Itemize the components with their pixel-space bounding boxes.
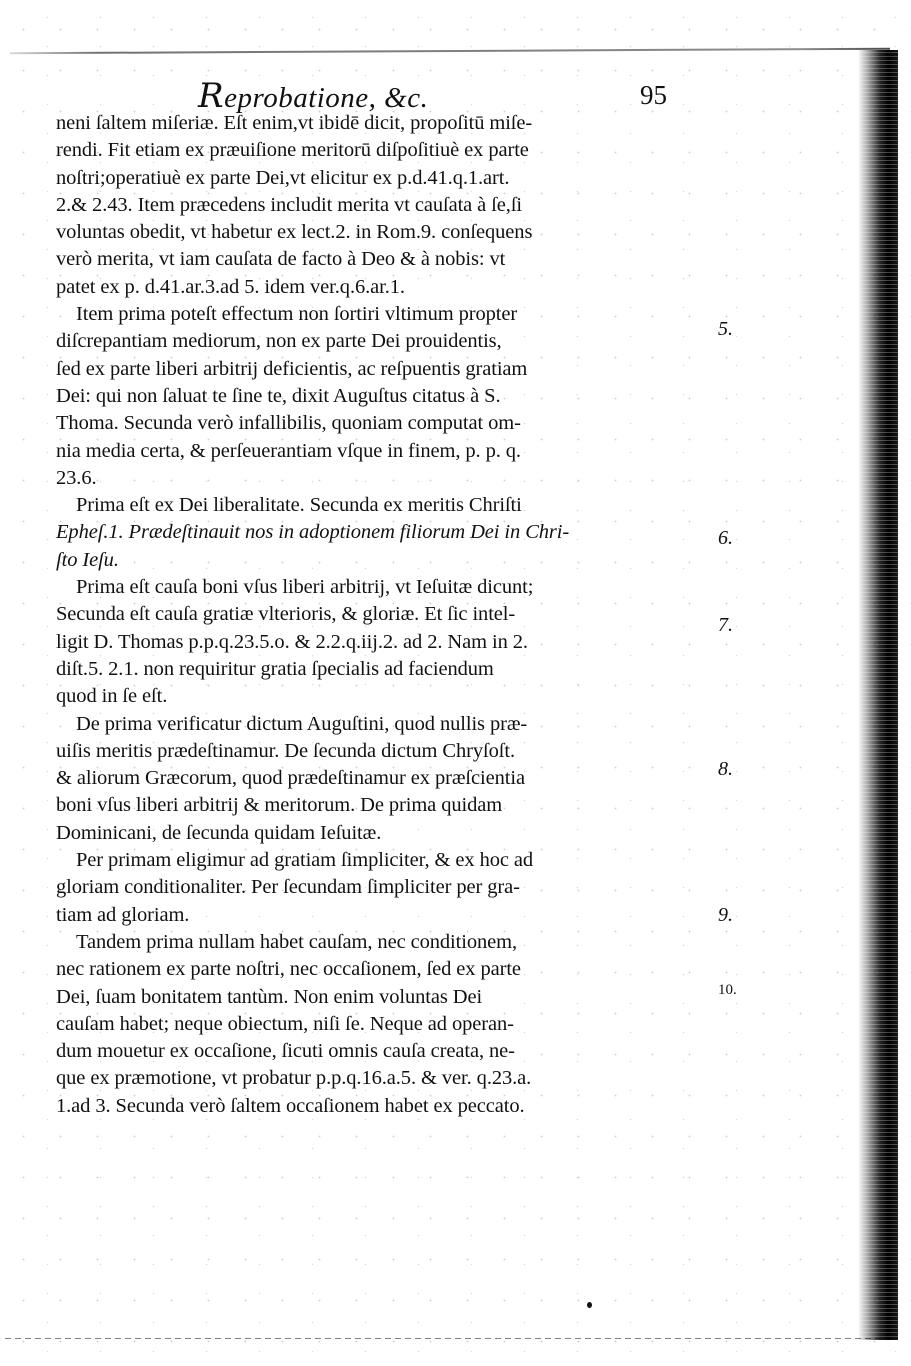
page-bottom-edge — [5, 1338, 885, 1339]
text-line: Prima eſt cauſa boni vſus liberi arbitri… — [56, 574, 716, 601]
text-line: Secunda eſt cauſa gratiæ vlterioris, & g… — [56, 601, 716, 628]
margin-number-5: 5. — [718, 318, 733, 341]
paragraph-8: De prima verificatur dictum Auguſtini, q… — [56, 711, 716, 847]
text-line: quod in ſe eſt. — [56, 683, 716, 710]
book-page: Reprobatione, &c. 95 neni ſaltem miſeriæ… — [0, 0, 911, 1366]
text-line: Dei, ſuam bonitatem tantùm. Non enim vol… — [56, 984, 716, 1011]
text-line: 23.6. — [56, 465, 716, 492]
margin-number-7: 7. — [718, 614, 733, 637]
text-line: que ex præmotione, vt probatur p.p.q.16.… — [56, 1065, 716, 1092]
text-line: tiam ad gloriam. — [56, 902, 716, 929]
body-text: neni ſaltem miſeriæ. Eſt enim,vt ibidē d… — [56, 110, 716, 1120]
text-line: neni ſaltem miſeriæ. Eſt enim,vt ibidē d… — [56, 110, 716, 137]
text-line: ligit D. Thomas p.p.q.23.5.o. & 2.2.q.ii… — [56, 629, 716, 656]
margin-number-9: 9. — [718, 904, 733, 927]
page-top-edge — [10, 48, 890, 55]
margin-number-10: 10. — [718, 982, 737, 999]
text-line: rendi. Fit etiam ex præuiſione meritorū … — [56, 137, 716, 164]
text-line: Dominicani, de ſecunda quidam Ieſuitæ. — [56, 820, 716, 847]
text-line: patet ex p. d.41.ar.3.ad 5. idem ver.q.6… — [56, 274, 716, 301]
paragraph-9: Per primam eligimur ad gratiam ſimplicit… — [56, 847, 716, 929]
text-line: ſto Ieſu. — [56, 547, 716, 574]
binding-shadow — [858, 50, 898, 1340]
text-line: gloriam conditionaliter. Per ſecundam ſi… — [56, 874, 716, 901]
text-line: Dei: qui non ſaluat te ſine te, dixit Au… — [56, 383, 716, 410]
text-line: 1.ad 3. Secunda verò ſaltem occaſionem h… — [56, 1093, 716, 1120]
page-number: 95 — [640, 80, 667, 111]
text-line: dum mouetur ex occaſione, ſicuti omnis c… — [56, 1038, 716, 1065]
margin-number-8: 8. — [718, 758, 733, 781]
text-line: Epheſ.1. Prædeſtinauit nos in adoptionem… — [56, 519, 716, 546]
text-line: cauſam habet; neque obiectum, niſi ſe. N… — [56, 1011, 716, 1038]
text-line: De prima verificatur dictum Auguſtini, q… — [56, 711, 716, 738]
text-line: Tandem prima nullam habet cauſam, nec co… — [56, 929, 716, 956]
text-line: diſt.5. 2.1. non requiritur gratia ſpeci… — [56, 656, 716, 683]
text-line: noſtri;operatiuè ex parte Dei,vt elicitu… — [56, 165, 716, 192]
text-line: Prima eſt ex Dei liberalitate. Secunda e… — [56, 492, 716, 519]
text-line: Thoma. Secunda verò infallibilis, quonia… — [56, 410, 716, 437]
text-line: Per primam eligimur ad gratiam ſimplicit… — [56, 847, 716, 874]
text-line: nia media certa, & perſeuerantiam vſque … — [56, 438, 716, 465]
text-line: uiſis meritis prædeſtinamur. De ſecunda … — [56, 738, 716, 765]
text-line: boni vſus liberi arbitrij & meritorum. D… — [56, 792, 716, 819]
text-line: verò merita, vt iam cauſata de facto à D… — [56, 246, 716, 273]
margin-number-6: 6. — [718, 527, 733, 550]
paragraph-continuation: neni ſaltem miſeriæ. Eſt enim,vt ibidē d… — [56, 110, 716, 301]
text-line: diſcrepantiam mediorum, non ex parte Dei… — [56, 328, 716, 355]
text-line: ſed ex parte liberi arbitrij deficientis… — [56, 356, 716, 383]
paragraph-7: Prima eſt cauſa boni vſus liberi arbitri… — [56, 574, 716, 710]
text-line: Item prima poteſt effectum non ſortiri v… — [56, 301, 716, 328]
text-line: & aliorum Græcorum, quod prædeſtinamur e… — [56, 765, 716, 792]
ink-blot — [587, 1302, 592, 1308]
paragraph-6: Prima eſt ex Dei liberalitate. Secunda e… — [56, 492, 716, 574]
paragraph-5: Item prima poteſt effectum non ſortiri v… — [56, 301, 716, 492]
paragraph-10: Tandem prima nullam habet cauſam, nec co… — [56, 929, 716, 1120]
text-line: voluntas obedit, vt habetur ex lect.2. i… — [56, 219, 716, 246]
text-line: 2.& 2.43. Item præcedens includit merita… — [56, 192, 716, 219]
text-line: nec rationem ex parte noſtri, nec occaſi… — [56, 956, 716, 983]
